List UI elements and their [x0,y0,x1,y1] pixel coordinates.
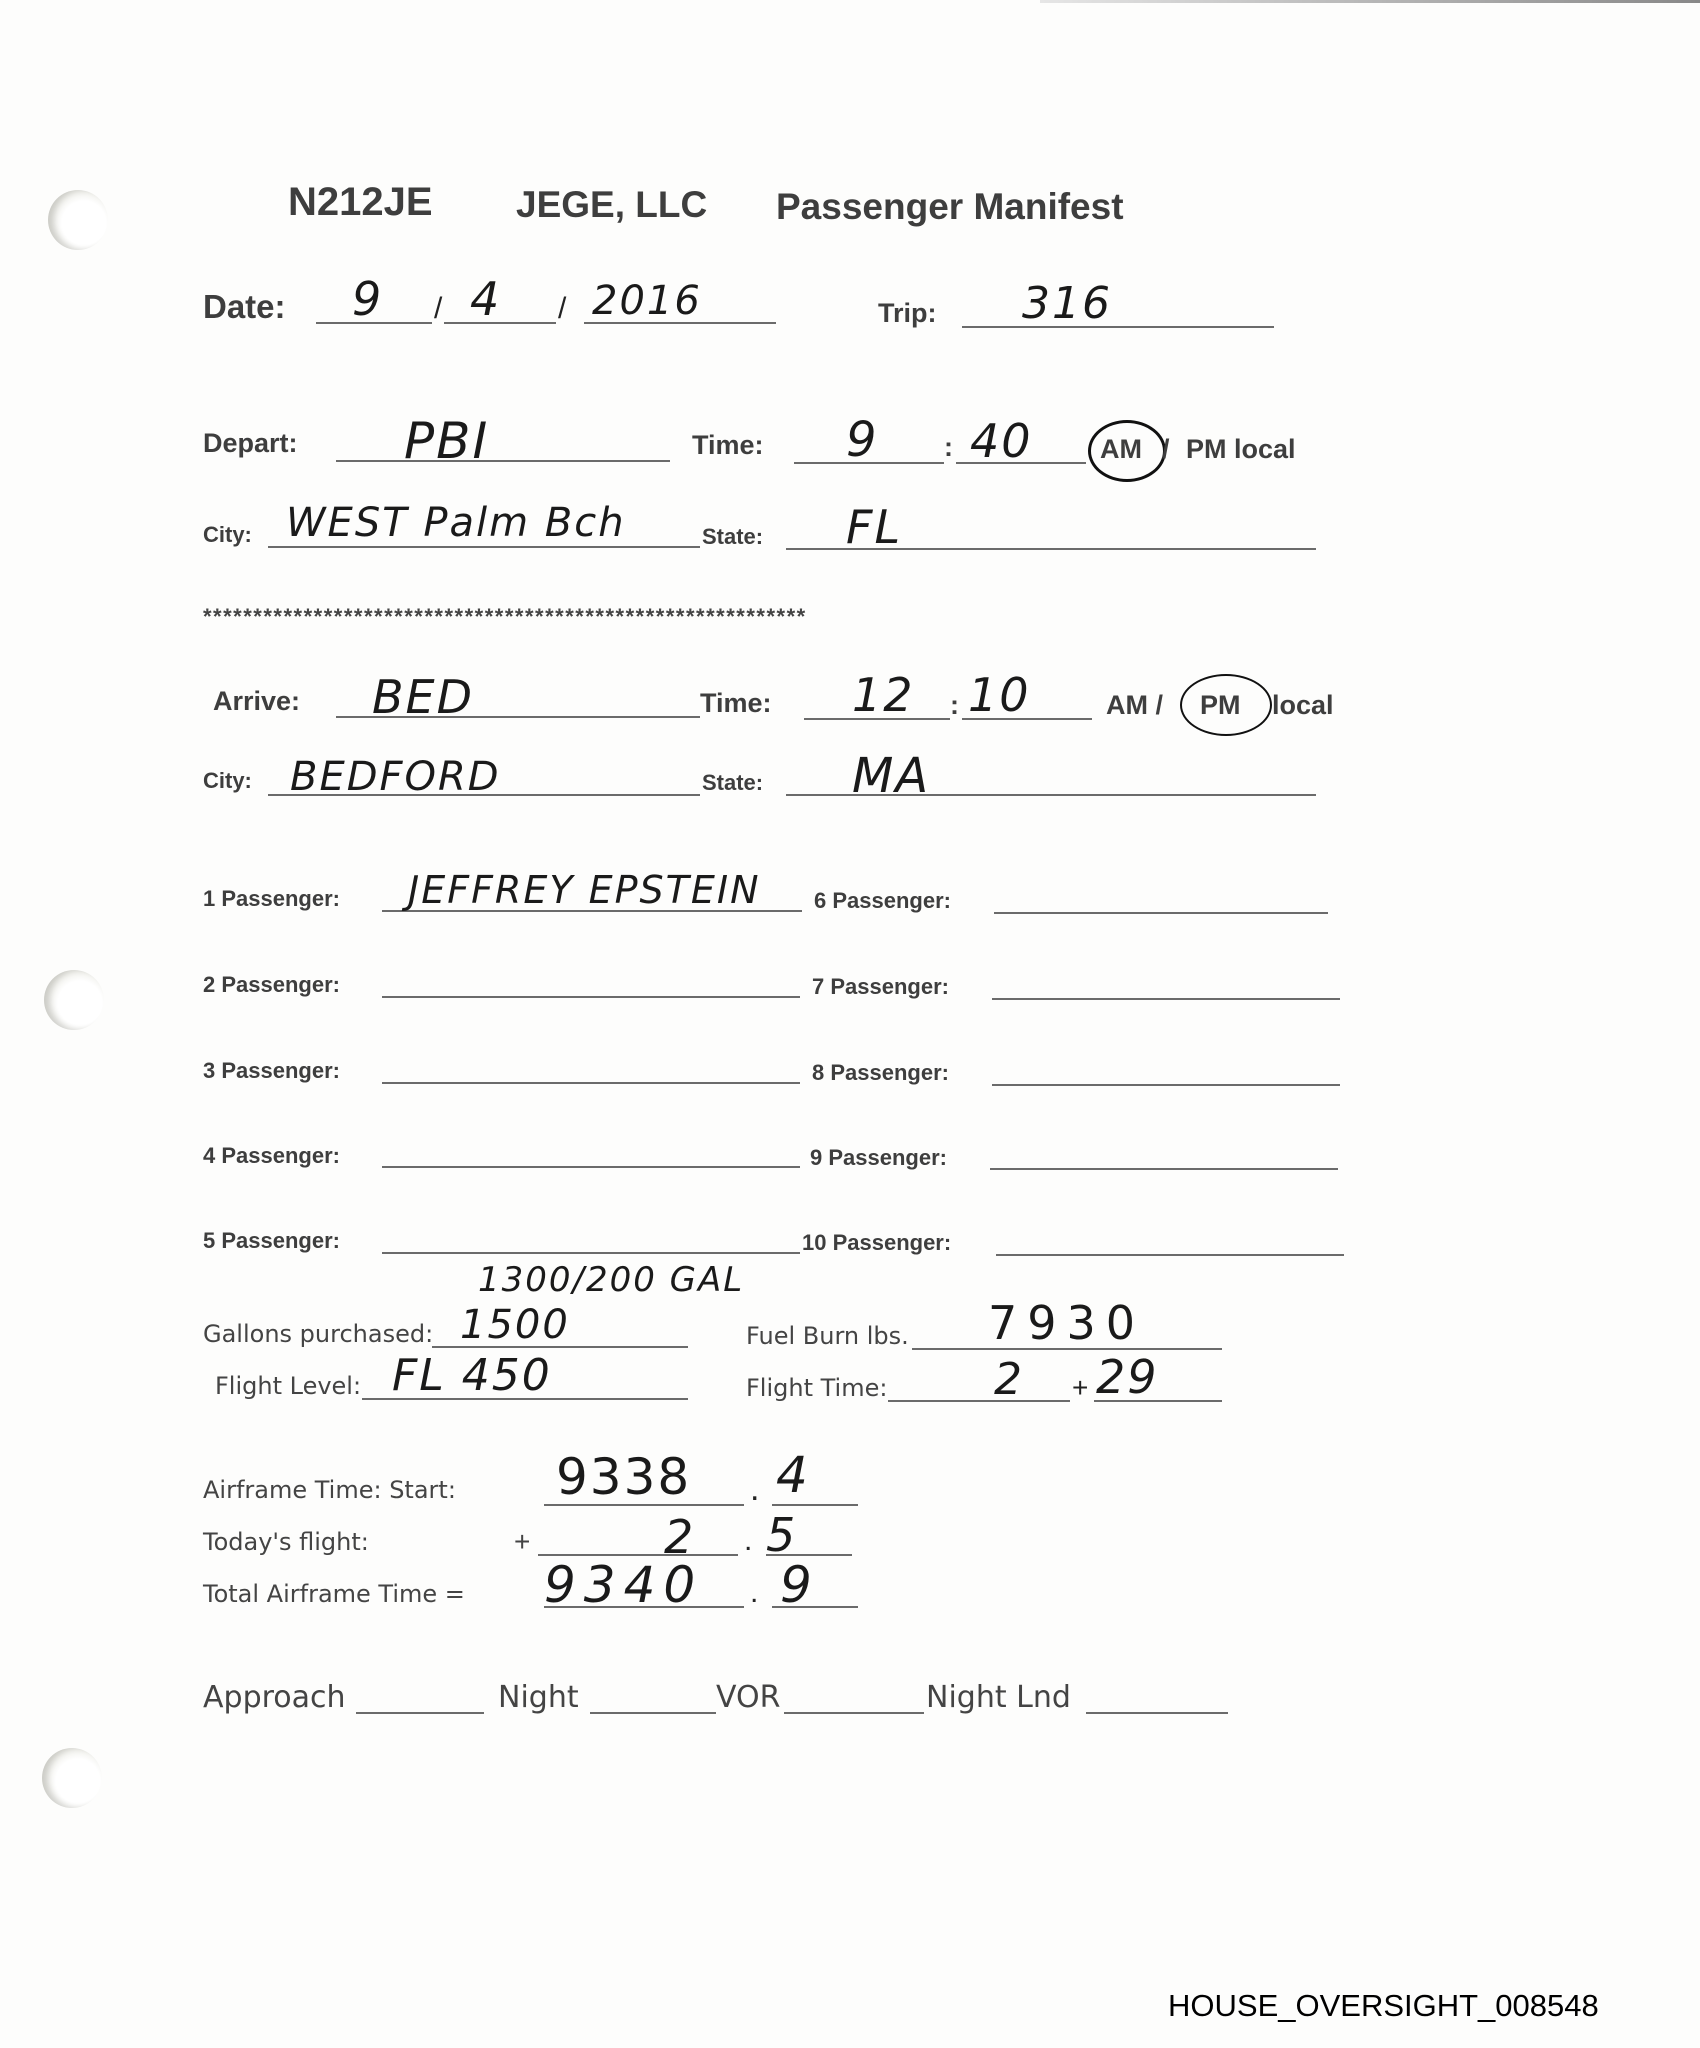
company-name: JEGE, LLC [516,184,707,226]
passenger-5-label: 5 Passenger: [203,1228,340,1254]
passenger-7-line[interactable] [992,998,1340,1000]
depart-city-field[interactable]: WEST Palm Bch [286,500,626,546]
tail-number: N212JE [288,180,433,225]
trip-line [962,326,1274,328]
punch-hole-top [48,190,108,250]
night-label: Night [498,1680,579,1715]
night-lnd-label: Night Lnd [926,1680,1071,1715]
vor-label: VOR [716,1680,780,1715]
date-separator: / [434,292,442,326]
passenger-9-line[interactable] [990,1168,1338,1170]
passenger-4-label: 4 Passenger: [203,1143,340,1169]
arrive-pm-selected-circle [1180,674,1272,736]
todays-flight-plus: + [514,1526,530,1558]
arrive-time-label: Time: [700,688,772,719]
arrive-time-colon: : [950,690,959,721]
passenger-4-line[interactable] [382,1166,800,1168]
depart-time-label: Time: [692,430,764,461]
airframe-start-tenth-field[interactable]: 4 [776,1446,810,1504]
flight-time-hours-field[interactable]: 2 [994,1354,1024,1405]
approach-label: Approach [203,1680,346,1715]
punch-hole-bottom [42,1748,102,1808]
depart-city-label: City: [203,522,252,548]
depart-minute-field[interactable]: 40 [970,414,1033,468]
arrive-am-option[interactable]: AM / [1106,690,1163,721]
date-month-field[interactable]: 9 [352,272,383,326]
arrive-local-label: local [1272,690,1334,721]
passenger-7-label: 7 Passenger: [812,974,949,1000]
flight-time-minutes-field[interactable]: 29 [1096,1350,1159,1404]
passenger-2-label: 2 Passenger: [203,972,340,998]
depart-state-field[interactable]: FL [846,500,902,554]
passenger-1-field[interactable]: JEFFREY EPSTEIN [408,868,761,912]
arrive-state-label: State: [702,770,763,796]
date-separator: / [558,292,566,326]
depart-airport-line [336,460,670,462]
airframe-start-tenth-line [772,1504,858,1506]
trip-field[interactable]: 316 [1022,278,1112,329]
bates-number: HOUSE_OVERSIGHT_008548 [1168,1988,1599,2024]
date-label: Date: [203,288,286,326]
passenger-3-line[interactable] [382,1082,800,1084]
gallons-note: 1300/200 GAL [478,1260,744,1300]
depart-am-selected-circle [1088,420,1166,482]
total-airframe-label: Total Airframe Time = [203,1580,465,1608]
gallons-purchased-label: Gallons purchased: [203,1320,433,1348]
depart-period-slash: / [1162,434,1170,465]
depart-label: Depart: [203,428,298,459]
passenger-8-line[interactable] [992,1084,1340,1086]
passenger-10-line[interactable] [996,1254,1344,1256]
airframe-start-label: Airframe Time: Start: [203,1476,456,1504]
todays-flight-label: Today's flight: [203,1528,369,1556]
date-day-field[interactable]: 4 [470,272,501,326]
depart-state-label: State: [702,524,763,550]
punch-hole-middle [44,970,104,1030]
page-title: Passenger Manifest [776,186,1124,228]
passenger-10-label: 10 Passenger: [802,1230,951,1256]
night-line[interactable] [590,1712,716,1714]
flight-time-hours-line [888,1400,1070,1402]
passenger-1-label: 1 Passenger: [203,886,340,912]
arrive-minute-field[interactable]: 10 [968,668,1031,722]
approach-line[interactable] [356,1712,484,1714]
total-airframe-dot: . [750,1576,758,1610]
airframe-start-whole-field[interactable]: 9338 [556,1448,691,1506]
flight-time-label: Flight Time: [746,1374,887,1402]
depart-time-colon: : [944,432,953,463]
flight-level-label: Flight Level: [215,1372,361,1400]
depart-pm-local-option[interactable]: PM local [1186,434,1296,465]
passenger-5-line[interactable] [382,1252,800,1254]
arrive-airport-field[interactable]: BED [372,670,474,724]
passenger-3-label: 3 Passenger: [203,1058,340,1084]
total-airframe-whole-field[interactable]: 9340 [544,1556,703,1614]
todays-flight-tenth-field[interactable]: 5 [766,1508,797,1562]
depart-airport-field[interactable]: PBI [404,412,489,470]
arrive-city-field[interactable]: BEDFORD [290,754,501,800]
passenger-6-line[interactable] [994,912,1328,914]
fuel-burn-label: Fuel Burn lbs. [746,1322,909,1350]
arrive-hour-field[interactable]: 12 [852,668,915,722]
passenger-2-line[interactable] [382,996,800,998]
night-lnd-line[interactable] [1086,1712,1228,1714]
arrive-label: Arrive: [213,686,300,717]
vor-line[interactable] [784,1712,924,1714]
flight-level-field[interactable]: FL 450 [392,1350,552,1401]
fuel-burn-field[interactable]: 7930 [988,1296,1145,1350]
section-divider-asterisks: ****************************************… [203,604,807,630]
total-airframe-tenth-field[interactable]: 9 [780,1556,814,1614]
passenger-8-label: 8 Passenger: [812,1060,949,1086]
trip-label: Trip: [878,298,937,329]
passenger-9-label: 9 Passenger: [810,1145,947,1171]
flight-time-plus: + [1072,1372,1088,1404]
passenger-6-label: 6 Passenger: [814,888,951,914]
page-top-edge [1040,0,1700,3]
depart-city-line [268,546,700,548]
arrive-city-label: City: [203,768,252,794]
depart-hour-field[interactable]: 9 [846,412,879,468]
date-year-field[interactable]: 2016 [592,278,702,324]
gallons-purchased-field[interactable]: 1500 [460,1302,570,1348]
arrive-state-field[interactable]: MA [852,748,930,804]
todays-flight-dot: . [744,1524,752,1558]
airframe-start-dot: . [750,1470,759,1509]
